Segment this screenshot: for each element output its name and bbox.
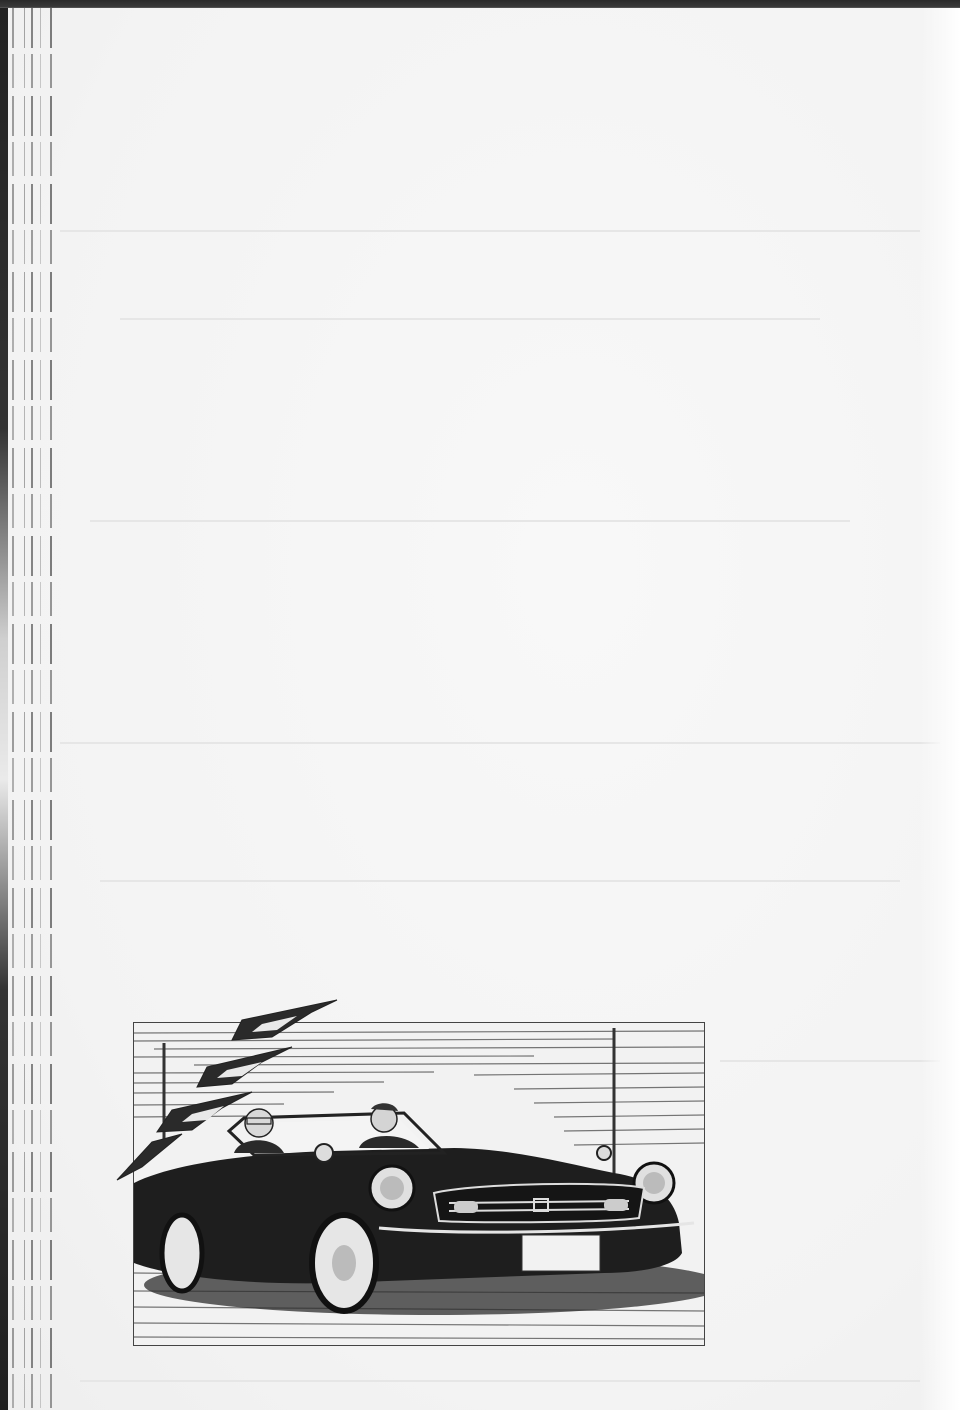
binding-edge [0, 8, 58, 1410]
bleed-through-line [120, 318, 820, 320]
binding-artifact [24, 8, 25, 1410]
binding-artifact [40, 8, 41, 1410]
binding-artifact [31, 8, 33, 1410]
bleed-through-line [100, 880, 900, 882]
page-edge-fade [920, 8, 960, 1410]
comic-panel [133, 1022, 705, 1346]
bleed-through-line [90, 520, 850, 522]
bleed-through-line [720, 1060, 940, 1062]
bleed-through-line [60, 230, 920, 232]
binding-artifact [12, 8, 14, 1410]
bleed-through-line [80, 1380, 920, 1382]
car-illustration [134, 1023, 705, 1346]
bleed-through-line [60, 742, 940, 744]
binding-shadow [0, 8, 8, 1410]
binding-artifact [50, 8, 52, 1410]
